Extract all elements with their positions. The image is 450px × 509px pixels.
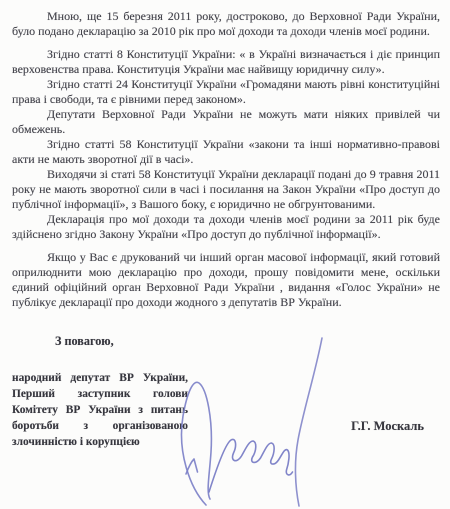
signer-title-line: народний депутат ВР України,	[12, 370, 188, 386]
paragraph-2011-declaration: Декларація про мої доходи та доходи член…	[12, 212, 440, 242]
paragraph-no-retroactive-force: Виходячи зі статі 58 Конституції України…	[12, 167, 440, 212]
signer-title-line: боротьби з організованою	[12, 418, 188, 434]
paragraph-media-offer: Якщо у Вас є друкований чи інший орган м…	[12, 250, 440, 310]
letter-body: Мною, ще 15 березня 2011 року, достроков…	[12, 9, 440, 310]
paragraph-deputies-no-privileges: Депутати Верховної Ради України не можут…	[12, 107, 440, 137]
paragraph-declaration-filed: Мною, ще 15 березня 2011 року, достроков…	[12, 9, 440, 39]
scanned-letter-page: Мною, ще 15 березня 2011 року, достроков…	[0, 0, 450, 509]
signer-title-line: злочинністю і корупцією	[12, 434, 188, 450]
signer-title-line: Комітету ВР України з питань	[12, 402, 188, 418]
signer-name: Г.Г. Москаль	[351, 419, 424, 450]
signature-block: народний депутат ВР України, Перший заст…	[12, 370, 440, 450]
signer-title: народний депутат ВР України, Перший заст…	[12, 370, 188, 450]
paragraph-article-24: Згідно статті 24 Конституції України «Гр…	[12, 77, 440, 107]
paragraph-article-8: Згідно статті 8 Конституції України: « в…	[12, 47, 440, 77]
paragraph-article-58: Згідно статті 58 Конституції України «за…	[12, 137, 440, 167]
closing-salutation: З повагою,	[55, 334, 440, 349]
signer-title-line: Перший заступник голови	[12, 386, 188, 402]
